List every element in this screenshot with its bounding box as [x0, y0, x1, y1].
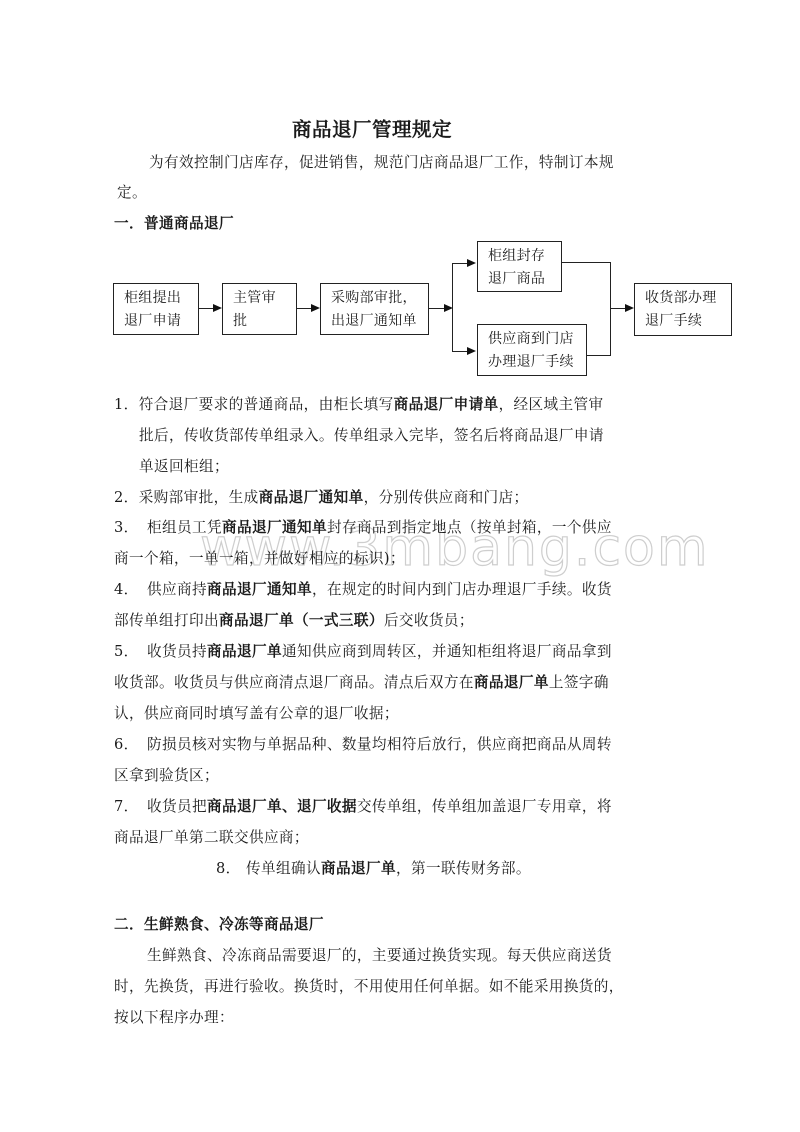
item-number: 6． [114, 735, 147, 755]
list-item-6: 6．防损员核对实物与单据品种、数量均相符后放行，供应商把商品从周转 [114, 735, 612, 755]
item-text: 交传单组，传单组加盖退厂专用章，将 [357, 798, 612, 815]
item-text: 部传单组打印出 [114, 612, 219, 629]
flow-box-request: 柜组提出 退厂申请 [113, 283, 199, 335]
connector-line [587, 355, 611, 356]
item-text: 通知供应商到周转区，并通知柜组将退厂商品拿到 [282, 643, 612, 660]
item-text: 上签字确 [549, 674, 609, 691]
list-item-5: 5．收货员持商品退厂单通知供应商到周转区，并通知柜组将退厂商品拿到 [114, 642, 612, 662]
connector-line [297, 308, 311, 309]
form-name: 商品退厂单（一式三联） [219, 612, 384, 629]
item-text: 封存商品到指定地点（按单封箱，一个供应 [327, 519, 612, 536]
form-name: 商品退厂单 [474, 674, 549, 691]
item-text: 防损员核对实物与单据品种、数量均相符后放行，供应商把商品从周转 [147, 736, 612, 753]
form-name: 商品退厂通知单 [259, 489, 364, 506]
list-item-1-line-2: 批后，传收货部传单组录入。传单组录入完毕，签名后将商品退厂申请 [139, 426, 604, 446]
list-item-3: 3．柜组员工凭商品退厂通知单封存商品到指定地点（按单封箱，一个供应 [114, 518, 612, 538]
form-name: 商品退厂单 [321, 860, 396, 877]
connector-line [199, 308, 213, 309]
flow-box-seal-goods: 柜组封存 退厂商品 [477, 241, 562, 292]
flow-box-text: 主管审 [233, 287, 296, 310]
list-item-4-line-2: 部传单组打印出商品退厂单（一式三联）后交收货员； [114, 611, 474, 631]
list-item-1: 1．符合退厂要求的普通商品，由柜长填写商品退厂申请单，经区域主管审 [114, 395, 604, 415]
item-text: 传单组确认 [246, 860, 321, 877]
list-item-7: 7．收货员把商品退厂单、退厂收据交传单组，传单组加盖退厂专用章，将 [114, 797, 612, 817]
connector-line [610, 308, 625, 309]
arrow-right-icon [213, 304, 222, 312]
item-text: 采购部审批，生成 [139, 489, 259, 506]
form-name: 商品退厂单、退厂收据 [207, 798, 357, 815]
document-title: 商品退厂管理规定 [292, 114, 452, 142]
connector-line [452, 351, 468, 352]
flow-box-text: 退厂申请 [124, 310, 198, 333]
arrow-right-icon [625, 304, 634, 312]
item-text: 收货部。收货员与供应商清点退厂商品。清点后双方在 [114, 674, 474, 691]
item-number: 4． [114, 580, 147, 600]
list-item-6-line-2: 区拿到验货区； [114, 766, 219, 786]
item-text: ，经区域主管审 [499, 396, 604, 413]
branch-line [452, 263, 453, 352]
list-item-5-line-3: 认，供应商同时填写盖有公章的退厂收据； [114, 704, 399, 724]
flow-box-text: 柜组提出 [124, 287, 198, 310]
flow-box-text: 退厂手续 [645, 310, 731, 333]
section-2-paragraph-line-1: 生鲜熟食、冷冻商品需要退厂的，主要通过换货实现。每天供应商送货 [147, 946, 612, 966]
list-item-8: 8．传单组确认商品退厂单，第一联传财务部。 [216, 859, 531, 879]
arrow-right-icon [467, 259, 476, 267]
item-text: ，分别传供应商和门店； [364, 489, 529, 506]
flow-box-text: 采购部审批， [331, 287, 428, 310]
item-text: 符合退厂要求的普通商品，由柜长填写 [139, 396, 394, 413]
item-text: 供应商持 [147, 581, 207, 598]
item-number: 1． [114, 396, 139, 413]
connector-line [452, 263, 468, 264]
item-text: ，第一联传财务部。 [396, 860, 531, 877]
list-item-7-line-2: 商品退厂单第二联交供应商； [114, 828, 309, 848]
item-number: 8． [216, 859, 246, 879]
list-item-3-line-2: 商一个箱，一单一箱，并做好相应的标识)； [114, 549, 405, 569]
section-2-paragraph-line-3: 按以下程序办理： [114, 1008, 234, 1028]
list-item-4: 4．供应商持商品退厂通知单，在规定的时间内到门店办理退厂手续。收货 [114, 580, 612, 600]
connector-line [562, 262, 611, 263]
connector-line [429, 308, 444, 309]
section-1-heading: 一．普通商品退厂 [114, 214, 234, 234]
list-item-2: 2．采购部审批，生成商品退厂通知单，分别传供应商和门店； [114, 488, 529, 508]
flow-box-text: 供应商到门店 [488, 328, 586, 351]
list-item-1-line-3: 单返回柜组； [139, 457, 229, 477]
section-2-heading: 二．生鲜熟食、冷冻等商品退厂 [114, 915, 324, 935]
item-number: 5． [114, 642, 147, 662]
list-item-5-line-2: 收货部。收货员与供应商清点退厂商品。清点后双方在商品退厂单上签字确 [114, 673, 609, 693]
intro-line-2: 定。 [117, 183, 147, 203]
item-number: 2． [114, 489, 139, 506]
form-name: 商品退厂单 [207, 643, 282, 660]
flow-box-text: 出退厂通知单 [331, 310, 428, 333]
form-name: 商品退厂通知单 [222, 519, 327, 536]
flow-box-supervisor: 主管审 批 [222, 283, 297, 335]
flow-box-supplier-store: 供应商到门店 办理退厂手续 [477, 324, 587, 376]
flow-box-text: 柜组封存 [488, 245, 561, 268]
flow-box-text: 退厂商品 [488, 268, 561, 291]
item-text: 柜组员工凭 [147, 519, 222, 536]
flow-box-receiving: 收货部办理 退厂手续 [634, 283, 732, 336]
item-text: 后交收货员； [384, 612, 474, 629]
item-text: 收货员把 [147, 798, 207, 815]
item-text: ，在规定的时间内到门店办理退厂手续。收货 [312, 581, 612, 598]
item-number: 7． [114, 797, 147, 817]
intro-line-1: 为有效控制门店库存，促进销售，规范门店商品退厂工作，特制订本规 [149, 153, 614, 173]
flow-box-text: 收货部办理 [645, 287, 731, 310]
flow-box-text: 批 [233, 310, 296, 333]
form-name: 商品退厂申请单 [394, 396, 499, 413]
item-text: 收货员持 [147, 643, 207, 660]
arrow-right-icon [467, 347, 476, 355]
form-name: 商品退厂通知单 [207, 581, 312, 598]
flow-box-text: 办理退厂手续 [488, 351, 586, 374]
section-2-paragraph-line-2: 时，先换货，再进行验收。换货时，不用使用任何单据。如不能采用换货的， [114, 977, 624, 997]
flow-box-purchasing: 采购部审批， 出退厂通知单 [320, 283, 429, 335]
arrow-right-icon [311, 304, 320, 312]
item-number: 3． [114, 518, 147, 538]
